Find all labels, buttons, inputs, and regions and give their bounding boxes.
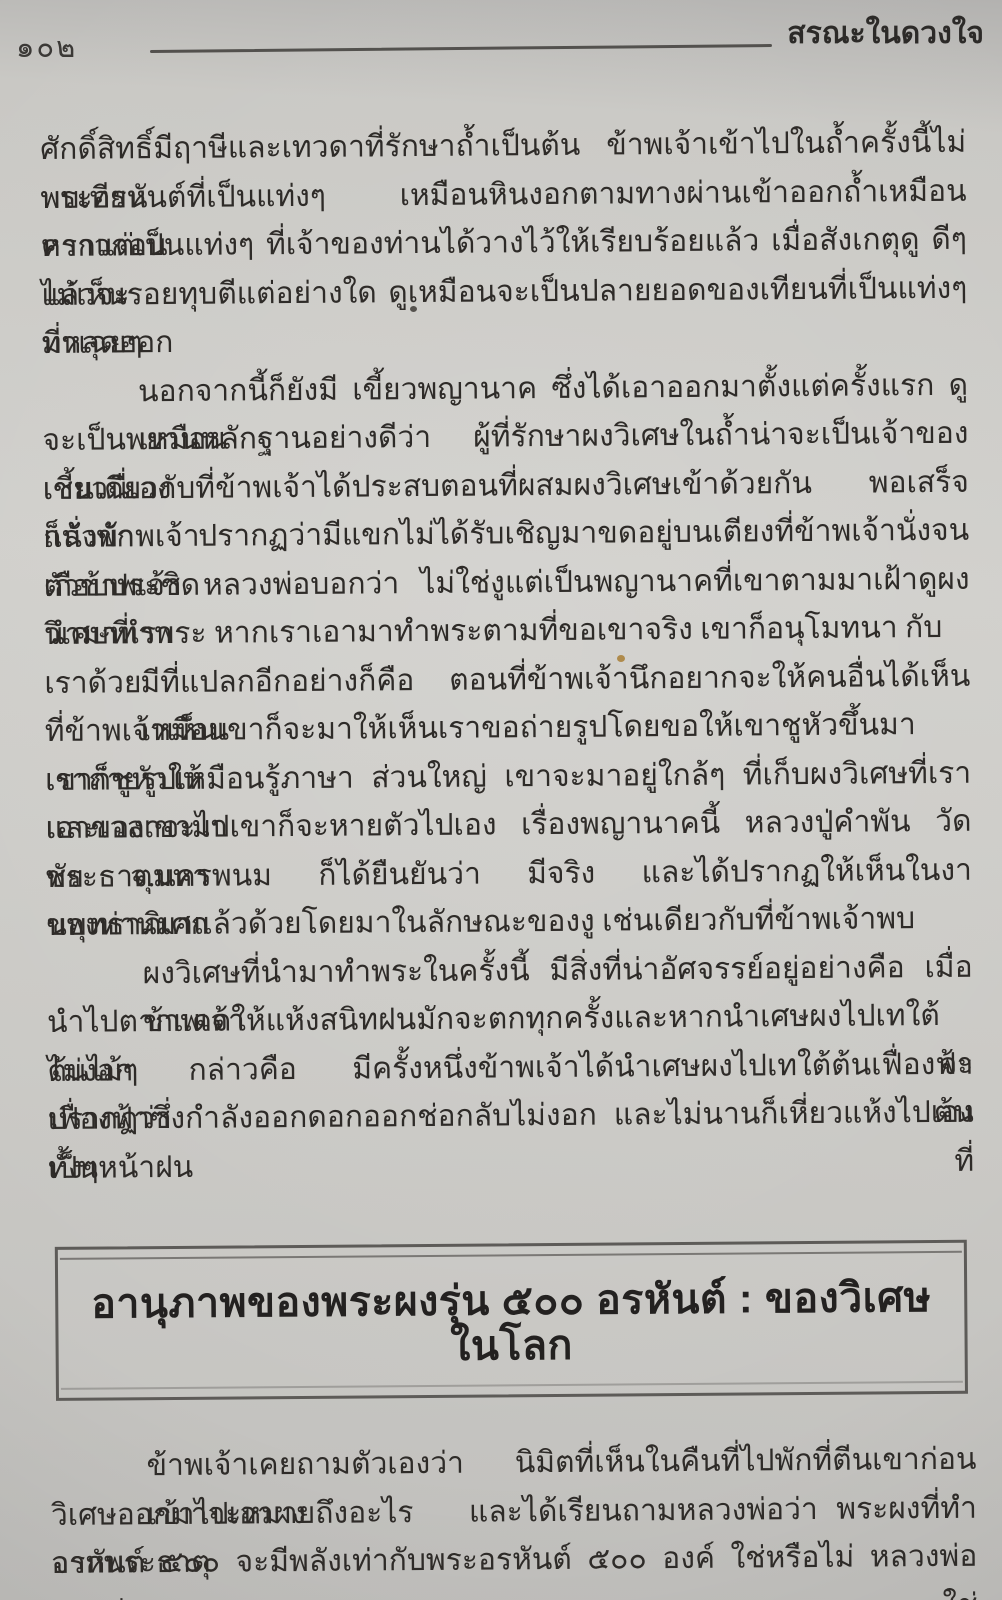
text-line: เราถ่ายรูปเหมือนรู้ภาษา ส่วนใหญ่ เขาจะมา… — [45, 749, 971, 805]
paragraph-1: ศักดิ์สิทธิ์มีฤาษีและเทวดาที่รักษาถ้ำเป็… — [40, 119, 968, 369]
text-line: อรหันต์ ๕๐๐ จะมีพลังเท่ากับพระอรหันต์ ๕๐… — [51, 1533, 977, 1589]
section-heading: อานุภาพของพระผงรุ่น ๕๐๐ อรหันต์ : ของวิเ… — [72, 1275, 951, 1372]
paragraph-3: มีที่แปลกอีกอย่างก็คือ ตอนที่ข้าพเจ้านึก… — [44, 652, 972, 950]
page-number: ๑๐๒ — [16, 24, 77, 70]
book-title: สรณะในดวงใจ — [787, 10, 984, 57]
text-line: นอกจากนี้ก็ยังมี เขี้ยวพญานาค ซึ่งได้เอา… — [42, 361, 968, 417]
header-rule — [150, 44, 772, 53]
text-line: ไม่งอก กล่าวคือ มีครั้งหนึ่งข้าพเจ้าได้น… — [47, 1040, 973, 1096]
text-line: เฟื่องฟ้าซึ่งกำลังออกดอกออกช่อกลับไม่งอก… — [48, 1089, 974, 1145]
text-line: และเวลาจะไปเขาก็จะหายตัวไปเอง เรื่องพญาน… — [45, 798, 971, 854]
text-line: ข้าพเจ้าเคยถามตัวเองว่า นิมิตที่เห็นในคื… — [50, 1436, 976, 1492]
paragraph-4: ผงวิเศษที่นำมาทำพระในครั้งนี้ มีสิ่งที่น… — [46, 943, 974, 1193]
text-line: ศักดิ์สิทธิ์มีฤาษีและเทวดาที่รักษาถ้ำเป็… — [40, 119, 966, 175]
text-line: ไม่เห็นรอยทุบตีแต่อย่างใด ดูเหมือนจะเป็น… — [41, 264, 967, 320]
text-line: ของท่านมาแล้วด้วยโดยมาในลักษณะของงู เช่น… — [46, 895, 972, 951]
section-heading-box: อานุภาพของพระผงรุ่น ๕๐๐ อรหันต์ : ของวิเ… — [55, 1240, 968, 1401]
text-line: ก็นั่งพัก ปรากฏว่ามีแขกไม่ได้รับเชิญมาขด… — [43, 507, 969, 563]
text-line: ตัวข้าพเจ้า หลวงพ่อบอกว่า ไม่ใช่งูแต่เป็… — [43, 555, 969, 611]
page-content: ศักดิ์สิทธิ์มีฤาษีและเทวดาที่รักษาถ้ำเป็… — [40, 119, 977, 1589]
text-line: นำไปตากแดดให้แห้งสนิทฝนมักจะตกทุกครั้งแล… — [47, 992, 973, 1048]
text-line: จะเป็นพยานหลักฐานอย่างดีว่า ผู้ที่รักษาผ… — [42, 410, 968, 466]
scan-speck — [617, 655, 625, 662]
paragraph-5: ข้าพเจ้าเคยถามตัวเองว่า นิมิตที่เห็นในคื… — [50, 1436, 977, 1589]
page-header: ๑๐๒ สรณะในดวงใจ — [0, 0, 1002, 110]
text-line: หากแต่เป็นแท่งๆ ที่เจ้าของท่านได้วางไว้ใ… — [41, 216, 967, 272]
text-line: ผงวิเศษที่นำมาทำพระในครั้งนี้ มีสิ่งที่น… — [46, 943, 972, 999]
text-line: วิเศษออกมาจะหมายถึงอะไร และได้เรียนถามหล… — [51, 1484, 977, 1540]
text-line: พระอรหันต์ที่เป็นแท่งๆ เหมือนหินงอกตามทา… — [40, 167, 966, 223]
text-line: มีที่แปลกอีกอย่างก็คือ ตอนที่ข้าพเจ้านึก… — [44, 652, 970, 708]
paragraph-2: นอกจากนี้ก็ยังมี เขี้ยวพญานาค ซึ่งได้เอา… — [42, 361, 970, 659]
text-line: นำมาทำพระ หากเราเอามาทำพระตามที่ขอเขาจริ… — [44, 604, 970, 660]
book-page: ๑๐๒ สรณะในดวงใจ ศักดิ์สิทธิ์มีฤาษีและเทว… — [0, 0, 1002, 1600]
text-line: ที่ข้าพเจ้าเห็นเขาก็จะมาให้เห็นเราขอถ่าย… — [45, 701, 971, 757]
text-line: เช่นเดียวกับที่ข้าพเจ้าได้ประสบตอนที่ผสม… — [43, 458, 969, 514]
text-line: มาเฉยๆ — [42, 313, 968, 369]
scan-speck — [410, 306, 417, 312]
text-line: ชัย จ.นครพนม ก็ได้ยืนยันว่า มีจริง และได… — [46, 846, 972, 902]
